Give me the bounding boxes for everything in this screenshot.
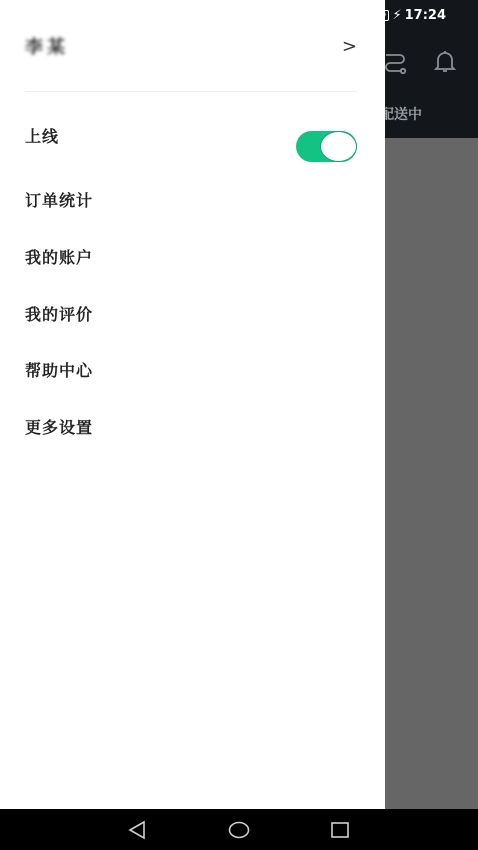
divider — [25, 91, 357, 92]
profile-name: 李某 — [25, 33, 69, 59]
online-label: 上线 — [25, 124, 59, 147]
chevron-right-icon: > — [342, 36, 357, 57]
toggle-knob — [321, 132, 356, 161]
menu-item-my-reviews[interactable]: 我的评价 — [25, 302, 93, 325]
background-tab-delivering: 配送中 — [380, 104, 422, 124]
recents-icon[interactable] — [329, 819, 351, 841]
status-time: 17:24 — [405, 8, 446, 23]
back-icon[interactable] — [126, 819, 148, 841]
navigation-drawer: 李某 > 上线 订单统计 我的账户 我的评价 帮助中心 更多设置 — [0, 0, 385, 809]
system-nav-bar — [0, 809, 478, 850]
menu-item-order-stats[interactable]: 订单统计 — [25, 188, 93, 211]
status-bar: 0 ⚡ 17:24 — [377, 8, 446, 23]
menu-item-more-settings[interactable]: 更多设置 — [25, 415, 93, 438]
bell-icon[interactable] — [432, 48, 458, 74]
home-icon[interactable] — [228, 819, 250, 841]
menu-item-help-center[interactable]: 帮助中心 — [25, 358, 93, 381]
charging-icon: ⚡ — [392, 8, 401, 23]
route-icon[interactable] — [382, 48, 408, 74]
profile-row[interactable]: 李某 > — [25, 30, 357, 62]
menu-item-my-account[interactable]: 我的账户 — [25, 245, 93, 268]
online-toggle[interactable] — [296, 131, 357, 162]
